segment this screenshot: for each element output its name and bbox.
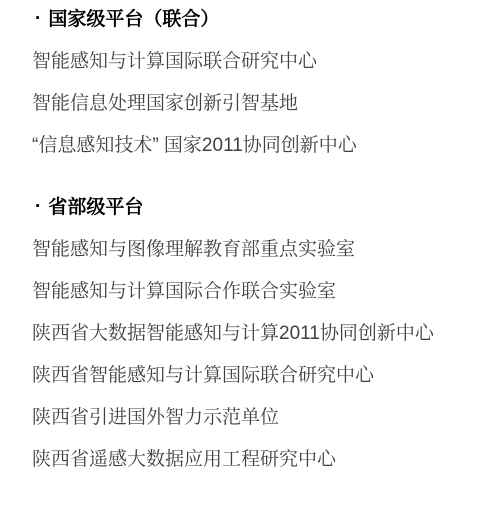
platform-item: 智能感知与计算国际合作联合实验室 xyxy=(32,282,469,302)
platform-item: 陕西省大数据智能感知与计算2011协同创新中心 xyxy=(32,324,469,344)
platforms-content: ·国家级平台（联合） 智能感知与计算国际联合研究中心 智能信息处理国家创新引智基… xyxy=(0,0,479,470)
section-title: 国家级平台（联合） xyxy=(48,9,219,30)
bullet-icon: · xyxy=(35,197,41,217)
section-title: 省部级平台 xyxy=(48,197,143,218)
platform-item: 陕西省智能感知与计算国际联合研究中心 xyxy=(32,366,469,386)
bullet-icon: · xyxy=(35,9,41,29)
platform-item: 陕西省遥感大数据应用工程研究中心 xyxy=(32,450,469,470)
platform-item: 智能感知与计算国际联合研究中心 xyxy=(32,52,469,72)
section-provincial-platforms: ·省部级平台 智能感知与图像理解教育部重点实验室 智能感知与计算国际合作联合实验… xyxy=(32,198,469,470)
platform-item: 智能感知与图像理解教育部重点实验室 xyxy=(32,240,469,260)
section-national-platforms: ·国家级平台（联合） 智能感知与计算国际联合研究中心 智能信息处理国家创新引智基… xyxy=(32,10,469,156)
section-heading-provincial: ·省部级平台 xyxy=(32,198,469,218)
platform-item: 智能信息处理国家创新引智基地 xyxy=(32,94,469,114)
section-heading-national: ·国家级平台（联合） xyxy=(32,10,469,30)
platform-item: “信息感知技术” 国家2011协同创新中心 xyxy=(32,136,469,156)
platform-item: 陕西省引进国外智力示范单位 xyxy=(32,408,469,428)
